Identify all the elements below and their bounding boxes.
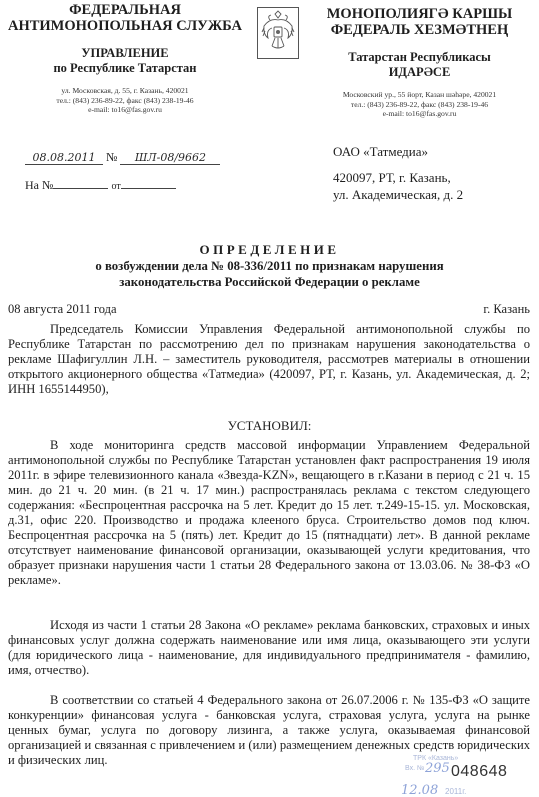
outgoing-reference: 08.08.2011 № ШЛ-08/9662 <box>25 150 235 170</box>
email-line: e-mail: to16@fas.gov.ru <box>0 105 250 115</box>
ustanovil-heading: УСТАНОВИЛ: <box>0 418 539 434</box>
document-date: 08 августа 2011 года <box>8 302 117 316</box>
stamp-date: 12.08 <box>401 783 438 797</box>
stamp-year: 2011г. <box>445 787 466 796</box>
stamp-incoming-label: Вх. № <box>405 765 425 772</box>
phone-line: тел.: (843) 236-89-22, факс (843) 238-19… <box>0 96 250 106</box>
header-left: ФЕДЕРАЛЬНАЯ АНТИМОНОПОЛЬНАЯ СЛУЖБА УПРАВ… <box>0 2 250 115</box>
addressee-address-line-1: 420097, РТ, г. Казань, <box>333 169 533 186</box>
stamp-incoming-number: 295 <box>425 761 450 776</box>
coat-of-arms-icon <box>257 7 299 59</box>
department-line-2: по Республике Татарстан <box>0 61 250 76</box>
addressee-block: ОАО «Татмедиа» 420097, РТ, г. Казань, ул… <box>333 143 533 203</box>
title-main: ОПРЕДЕЛЕНИЕ <box>0 242 539 258</box>
intro-paragraph: Председатель Комиссии Управления Федерал… <box>8 322 530 397</box>
department-tat-line-1: Татарстан Республикасы <box>300 50 539 65</box>
reply-number-blank <box>53 176 108 189</box>
department-line-1: УПРАВЛЕНИЕ <box>0 46 250 61</box>
paragraph-2-text: Исходя из части 1 статьи 28 Закона «О ре… <box>8 618 530 677</box>
document-date-row: 08 августа 2011 года г. Казань <box>8 302 530 317</box>
agency-title-tat-line-1: МОНОПОЛИЯГӘ КАРШЫ <box>300 6 539 22</box>
stamp-barcode-number: 048648 <box>451 763 507 781</box>
header-right: МОНОПОЛИЯГӘ КАРШЫ ФЕДЕРАЛЬ ХЕЗМӘТНЕҢ Тат… <box>300 6 539 119</box>
agency-title-line-1: ФЕДЕРАЛЬНАЯ <box>0 2 250 18</box>
reply-label: На № <box>25 178 53 192</box>
agency-title-line-2: АНТИМОНОПОЛЬНАЯ СЛУЖБА <box>0 18 250 34</box>
paragraph-1: В ходе мониторинга средств массовой инфо… <box>8 438 530 588</box>
intro-text: Председатель Комиссии Управления Федерал… <box>8 322 530 396</box>
address-line: ул. Московская, д. 55, г. Казань, 420021 <box>0 86 250 96</box>
from-label: от <box>111 181 120 192</box>
reply-date-blank <box>121 176 176 189</box>
title-sub-line-1: о возбуждении дела № 08-336/2011 по приз… <box>0 258 539 274</box>
reply-reference: На № от <box>25 176 235 193</box>
phone-tat-line: тел.: (843) 236-89-22, факс (843) 238-19… <box>300 100 539 110</box>
document-city: г. Казань <box>483 302 530 317</box>
number-label: № <box>106 150 117 164</box>
paragraph-2: Исходя из части 1 статьи 28 Закона «О ре… <box>8 618 530 678</box>
title-sub-line-2: законодательства Российской Федерации о … <box>0 274 539 290</box>
email-tat-line: e-mail: to16@fas.gov.ru <box>300 109 539 119</box>
document-title: ОПРЕДЕЛЕНИЕ о возбуждении дела № 08-336/… <box>0 242 539 290</box>
department-tat-line-2: ИДАРӘСЕ <box>300 65 539 80</box>
outgoing-number: ШЛ-08/9662 <box>120 151 220 165</box>
addressee-name: ОАО «Татмедиа» <box>333 143 533 160</box>
address-tat-line: Московский ур., 55 йорт, Казан шәһәре, 4… <box>300 90 539 100</box>
paragraph-1-text: В ходе мониторинга средств массовой инфо… <box>8 438 530 587</box>
addressee-address-line-2: ул. Академическая, д. 2 <box>333 186 533 203</box>
outgoing-date: 08.08.2011 <box>25 151 103 165</box>
agency-title-tat-line-2: ФЕДЕРАЛЬ ХЕЗМӘТНЕҢ <box>300 22 539 38</box>
incoming-stamp: ТРК «Казань» Вх. № 295 048648 12.08 2011… <box>405 755 539 797</box>
